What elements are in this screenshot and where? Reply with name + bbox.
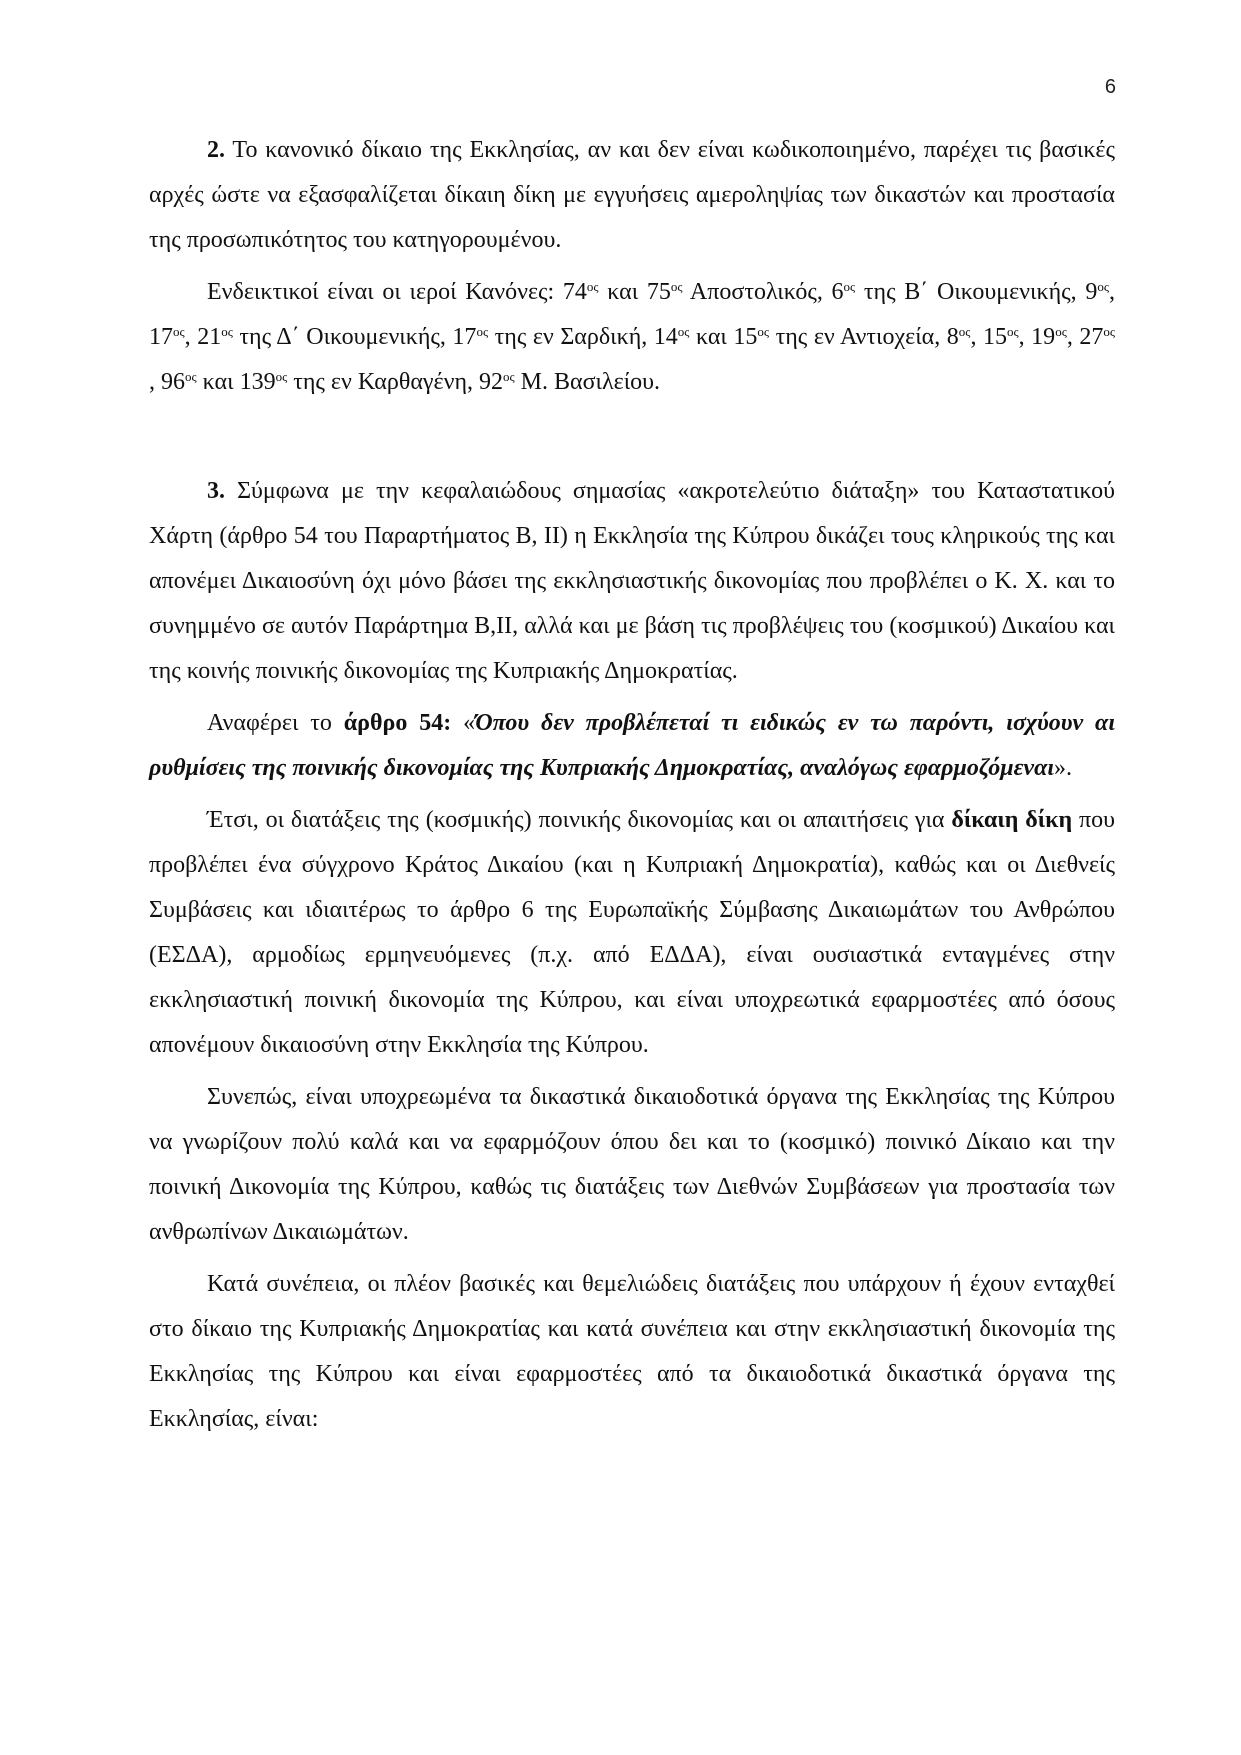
ordinal-suffix: ος <box>1055 324 1067 339</box>
text-run: ». <box>1054 755 1072 781</box>
emphasis-fair-trial: δίκαιη δίκη <box>951 807 1072 833</box>
text-run: « <box>451 710 475 736</box>
text-run: Αποστολικός, 6 <box>683 279 844 305</box>
paragraph-indicative-canons: Ενδεικτικοί είναι οι ιεροί Κανόνες: 74ος… <box>149 270 1115 405</box>
paragraph-text: Το κανονικό δίκαιο της Εκκλησίας, αν και… <box>149 137 1115 253</box>
ordinal-suffix: ος <box>173 324 185 339</box>
document-body: 2. Το κανονικό δίκαιο της Εκκλησίας, αν … <box>149 128 1115 1449</box>
text-run: της Β΄ Οικουμενικής, 9 <box>855 279 1097 305</box>
text-run: και 75 <box>599 279 671 305</box>
text-run: , 19 <box>1019 324 1056 350</box>
text-run: και 15 <box>689 324 757 350</box>
text-run: , 27 <box>1067 324 1104 350</box>
paragraph-3-charter: 3. Σύμφωνα με την κεφαλαιώδους σημασίας … <box>149 469 1115 694</box>
ordinal-suffix: ος <box>1007 324 1019 339</box>
section-number: 3. <box>207 478 225 504</box>
text-run: , 15 <box>970 324 1007 350</box>
page-number: 6 <box>1092 76 1116 99</box>
paragraph-article-54: Αναφέρει το άρθρο 54: «Όπου δεν προβλέπε… <box>149 701 1115 791</box>
ordinal-suffix: ος <box>844 279 856 294</box>
text-run: της εν Καρθαγένη, 92 <box>287 369 503 395</box>
ordinal-suffix: ος <box>757 324 769 339</box>
text-run: της εν Αντιοχεία, 8 <box>769 324 959 350</box>
ordinal-suffix: ος <box>678 324 690 339</box>
text-run: της Δ΄ Οικουμενικής, 17 <box>233 324 477 350</box>
section-number: 2. <box>207 137 225 163</box>
paragraph-consequently: Κατά συνέπεια, οι πλέον βασικές και θεμε… <box>149 1262 1115 1442</box>
paragraph-2-canon-law: 2. Το κανονικό δίκαιο της Εκκλησίας, αν … <box>149 128 1115 263</box>
ordinal-suffix: ος <box>1097 279 1109 294</box>
text-run: , 96 <box>149 369 185 395</box>
text-run: που προβλέπει ένα σύγχρονο Κράτος Δικαίο… <box>149 807 1115 1058</box>
text-run: της εν Σαρδική, 14 <box>488 324 678 350</box>
article-reference: άρθρο 54: <box>344 710 451 736</box>
paragraph-text: Συνεπώς, είναι υποχρεωμένα τα δικαστικά … <box>149 1084 1115 1245</box>
text-run: Αναφέρει το <box>207 710 344 736</box>
ordinal-suffix: ος <box>503 369 515 384</box>
ordinal-suffix: ος <box>221 324 233 339</box>
ordinal-suffix: ος <box>1103 324 1115 339</box>
ordinal-suffix: ος <box>476 324 488 339</box>
text-run: Έτσι, οι διατάξεις της (κοσμικής) ποινικ… <box>207 807 951 833</box>
text-run: Μ. Βασιλείου. <box>515 369 660 395</box>
ordinal-suffix: ος <box>671 279 683 294</box>
text-run: Ενδεικτικοί είναι οι ιεροί Κανόνες: 74 <box>207 279 587 305</box>
paragraph-obligation: Συνεπώς, είναι υποχρεωμένα τα δικαστικά … <box>149 1075 1115 1255</box>
ordinal-suffix: ος <box>959 324 971 339</box>
ordinal-suffix: ος <box>276 369 288 384</box>
text-run: , 21 <box>185 324 222 350</box>
paragraph-text: Κατά συνέπεια, οι πλέον βασικές και θεμε… <box>149 1271 1115 1432</box>
ordinal-suffix: ος <box>185 369 197 384</box>
text-run: και 139 <box>197 369 276 395</box>
ordinal-suffix: ος <box>587 279 599 294</box>
paragraph-text: Σύμφωνα με την κεφαλαιώδους σημασίας «ακ… <box>149 478 1115 684</box>
paragraph-fair-trial: Έτσι, οι διατάξεις της (κοσμικής) ποινικ… <box>149 798 1115 1068</box>
